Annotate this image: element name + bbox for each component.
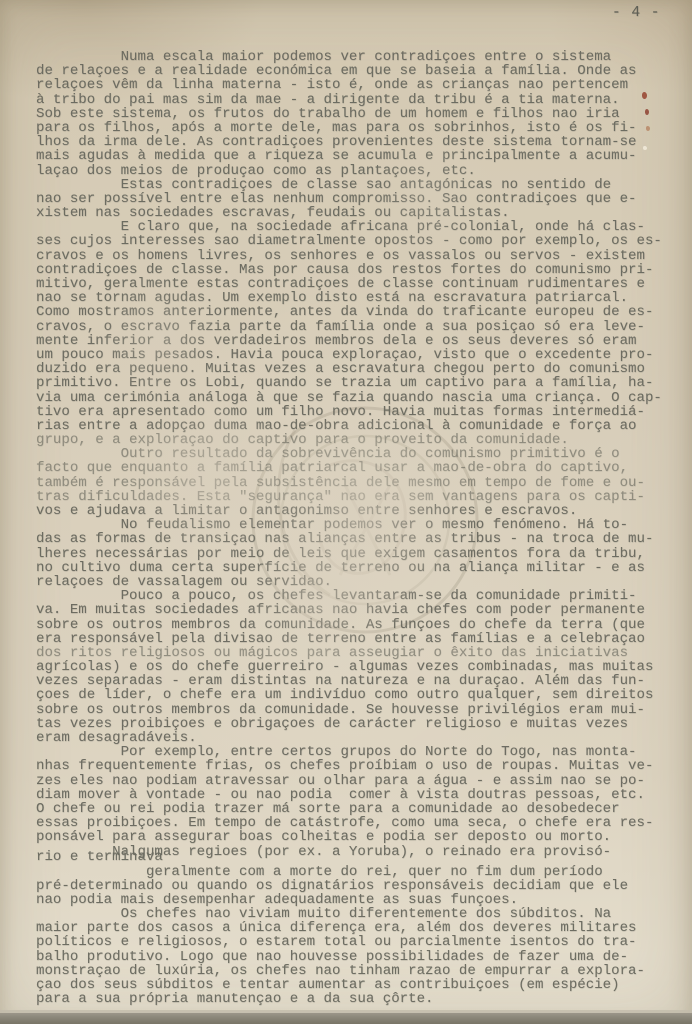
text-line: pré-determinado ou quando os dignatários… [36, 879, 676, 893]
text-line: cravos, o escravo fazia parte da família… [36, 320, 676, 334]
text-line: tivo era apresentado como um filho novo.… [36, 405, 676, 419]
text-line: relaçoes de vassalagem ou servidao. [36, 575, 676, 589]
text-line: monstraçao de luxúria, os chefes nao tin… [36, 964, 676, 978]
text-line: ponsável para assegurar boas colheitas e… [36, 830, 676, 844]
text-line: um pouco mais pesados. Havia pouca explo… [36, 348, 676, 362]
text-line: primitivo. Entre os Lobi, quando se traz… [36, 376, 676, 390]
text-line: Sob este sistema, os frutos do trabalho … [36, 107, 676, 121]
text-line: contradiçoes de classe. Mas por causa do… [36, 263, 676, 277]
text-line: mais agudas à medida que a riqueza se ac… [36, 149, 676, 163]
text-line: nhas frequentemente frias, os chefes pro… [36, 759, 676, 773]
text-line: ses cujos interesses sao diametralmente … [36, 234, 676, 248]
text-lines: Numa escala maior podemos ver contradiço… [36, 50, 676, 1006]
text-line: geralmente com a morte do rei, quer no f… [36, 865, 676, 879]
text-line: çoes de líder, o chefe era um indivíduo … [36, 688, 676, 702]
text-line: cravos e os homens livres, os senhores e… [36, 249, 676, 263]
red-speck-icon [645, 109, 649, 115]
text-line: O chefe ou rei podia trazer má sorte par… [36, 802, 676, 816]
text-line: nao ser possível entre elas nenhum compr… [36, 192, 676, 206]
text-line: mente inferior a dos verdadeiros membros… [36, 334, 676, 348]
text-line: zes eles nao podiam atravessar ou olhar … [36, 774, 676, 788]
text-line: políticos e religiosos, o estarem total … [36, 935, 676, 949]
text-line: para os filhos, após a morte dele, mas p… [36, 121, 676, 135]
scan-edge-band [0, 1013, 692, 1024]
text-line: laçao dos meios de produçao como as plan… [36, 164, 676, 178]
page-number: - 4 - [612, 5, 661, 21]
text-line: lheres necessárias por meio de leis que … [36, 547, 676, 561]
text-line: tras dificuldades. Esta "segurança" nao … [36, 490, 676, 504]
text-line: Estas contradiçoes de classe sao antagón… [36, 178, 676, 192]
text-line: sobre os outros membros da comunidade. A… [36, 618, 676, 632]
text-line: relaçoes vêm da linha materna - isto é, … [36, 78, 676, 92]
text-line: no cultivo duma certa superfície de terr… [36, 561, 676, 575]
text-line: balho produtivo. Logo que nao houvesse p… [36, 950, 676, 964]
text-line: dos ritos religiosos ou mágicos para ass… [36, 646, 676, 660]
text-line: à tribo do pai mas sim da mae - a dirige… [36, 93, 676, 107]
text-line: tas vezes proibiçoes e obrigaçoes de car… [36, 717, 676, 731]
text-line: facto que enquanto a família patriarcal … [36, 461, 676, 475]
text-line: va. Em muitas sociedades africanas nao h… [36, 603, 676, 617]
text-line: diam mover à vontade - ou nao podia come… [36, 788, 676, 802]
text-line-overlapped: rio e terminavaNalgumas regioes (por ex.… [36, 845, 676, 865]
red-speck-icon [642, 92, 647, 99]
text-line: também é responsável pela subsistência d… [36, 476, 676, 490]
text-line: Como mostramos anteriormente, antes da v… [36, 305, 676, 319]
paper-fleck-icon [643, 146, 647, 150]
text-line: era responsável pela divisao de terreno … [36, 632, 676, 646]
text-line: para a sua própria manutençao e a da sua… [36, 992, 676, 1006]
text-line: sobre os outros membros da comunidade. S… [36, 703, 676, 717]
red-speck-icon [646, 126, 650, 131]
document-page: - 4 - Numa escala maior podemos ver cont… [0, 0, 692, 1024]
text-line: rias entre a adopçao duma mao-de-obra ad… [36, 419, 676, 433]
text-line: via uma cerimónia análoga à que se fazia… [36, 391, 676, 405]
text-line: das as formas de transiçao nas alianças … [36, 532, 676, 546]
text-line: nao podia mais desempenhar adequadamente… [36, 893, 676, 907]
